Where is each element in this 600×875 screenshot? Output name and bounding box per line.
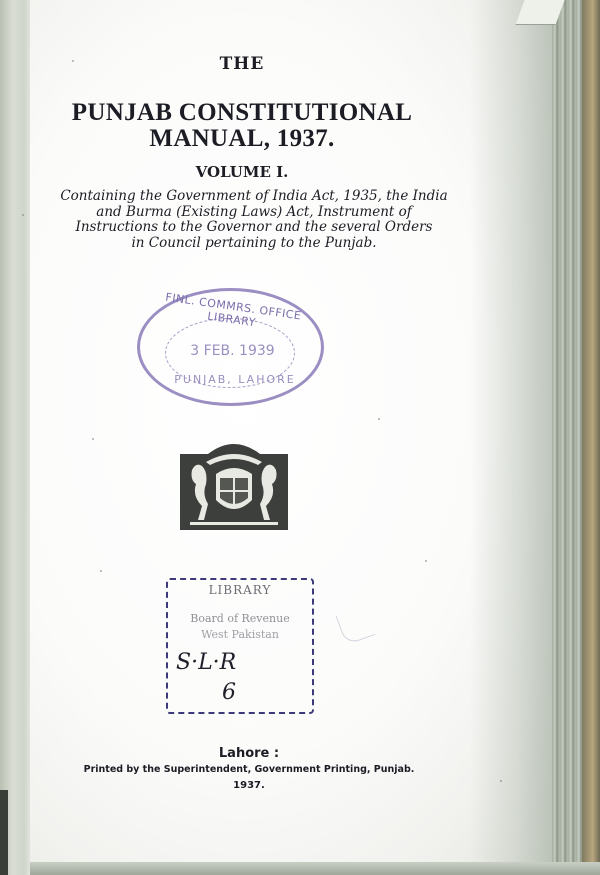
coat-of-arms-icon [178, 440, 290, 532]
bottom-edge [30, 862, 600, 875]
description-line: and Burma (Existing Laws) Act, Instrumen… [54, 205, 454, 221]
library-stamp-line-2: West Pakistan [166, 628, 314, 641]
speck [425, 560, 427, 562]
heading-the: THE [30, 54, 454, 74]
title-line-2: MANUAL, 1937. [30, 126, 454, 152]
title-line-1: PUNJAB CONSTITUTIONAL [30, 100, 454, 126]
imprint-place: Lahore : [30, 746, 468, 761]
description-line: in Council pertaining to the Punjab. [54, 236, 454, 252]
left-binding [0, 0, 32, 875]
handwritten-shelf-code: S·L·R [176, 650, 236, 675]
page-edges [552, 0, 600, 875]
description-line: Containing the Government of India Act, … [54, 189, 454, 205]
description: Containing the Government of India Act, … [54, 189, 454, 251]
speck [92, 438, 94, 440]
speck [378, 418, 380, 420]
library-stamp [166, 578, 314, 714]
received-stamp-date: 3 FEB. 1939 [150, 343, 315, 359]
imprint-printer: Printed by the Superintendent, Governmen… [30, 764, 468, 775]
description-line: Instructions to the Governor and the sev… [54, 220, 454, 236]
speck [500, 780, 502, 782]
page-stain [470, 0, 560, 865]
volume-label: VOLUME I. [30, 163, 454, 181]
handwritten-number: 6 [222, 680, 236, 705]
speck [22, 214, 24, 216]
library-stamp-line-1: Board of Revenue [166, 612, 314, 625]
received-stamp-bottom-text: PUNJAB, LAHORE [160, 373, 310, 386]
imprint-year: 1937. [30, 780, 468, 791]
library-stamp-title: LIBRARY [166, 583, 314, 597]
book-title: PUNJAB CONSTITUTIONAL MANUAL, 1937. [30, 100, 454, 152]
speck [100, 570, 102, 572]
speck [72, 60, 74, 62]
